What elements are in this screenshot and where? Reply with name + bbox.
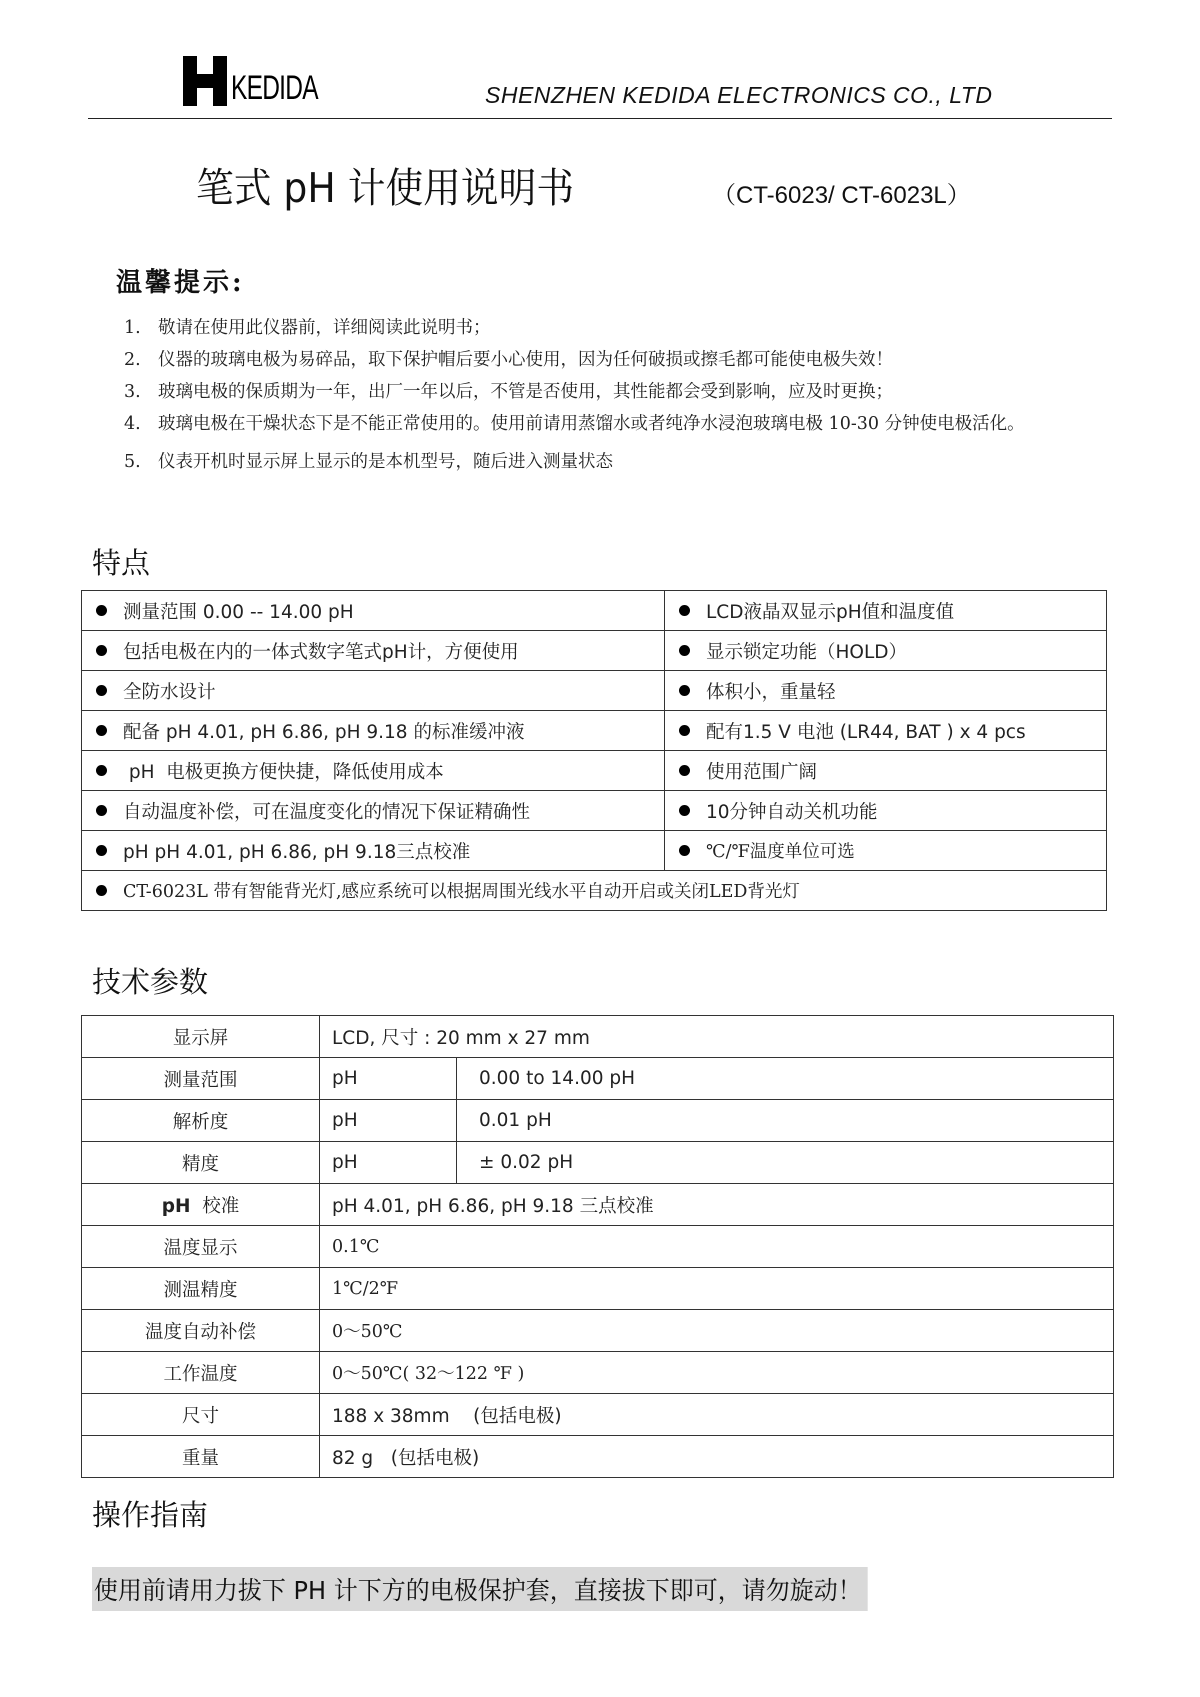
bullet-icon <box>679 685 690 696</box>
table-row: 重量 82 g (包括电极) <box>82 1436 1114 1478</box>
table-row: pH pH 4.01, pH 6.86, pH 9.18三点校准 ℃/℉温度单位… <box>82 831 1107 871</box>
spec-unit: pH <box>320 1100 457 1142</box>
spec-label: 温度显示 <box>82 1226 320 1268</box>
features-table: 测量范围 0.00 -- 14.00 pH LCD液晶双显示pH值和温度值 包括… <box>81 590 1107 911</box>
tip-item: 5. 仪表开机时显示屏上显示的是本机型号，随后进入测量状态 <box>124 446 1114 478</box>
table-row: 工作温度 0～50℃( 32～122 ℉ ) <box>82 1352 1114 1394</box>
tip-text: 玻璃电极的保质期为一年，出厂一年以后，不管是否使用，其性能都会受到影响，应及时更… <box>158 382 893 402</box>
bullet-icon <box>96 725 107 736</box>
tip-item: 1. 敬请在使用此仪器前，详细阅读此说明书； <box>124 312 1114 344</box>
bullet-icon <box>96 765 107 776</box>
feature-cell: 10分钟自动关机功能 <box>665 791 1107 831</box>
table-row: 包括电极在内的一体式数字笔式pH计，方便使用 显示锁定功能（HOLD） <box>82 631 1107 671</box>
tip-item: 4. 玻璃电极在干燥状态下是不能正常使用的。使用前请用蒸馏水或者纯净水浸泡玻璃电… <box>124 408 1114 440</box>
spec-label: 解析度 <box>82 1100 320 1142</box>
feature-text: 测量范围 0.00 -- 14.00 pH <box>123 602 354 623</box>
feature-cell: 包括电极在内的一体式数字笔式pH计，方便使用 <box>82 631 665 671</box>
spec-label-bold: pH <box>162 1196 191 1217</box>
feature-text: 体积小，重量轻 <box>706 682 836 703</box>
features-heading: 特点 <box>92 541 150 582</box>
bullet-icon <box>679 605 690 616</box>
table-row: 测量范围 pH 0.00 to 14.00 pH <box>82 1058 1114 1100</box>
bullet-icon <box>96 605 107 616</box>
feature-cell: 显示锁定功能（HOLD） <box>665 631 1107 671</box>
feature-text: 全防水设计 <box>123 682 216 703</box>
feature-cell: 体积小，重量轻 <box>665 671 1107 711</box>
spec-label: 显示屏 <box>82 1016 320 1058</box>
spec-value: 82 g (包括电极) <box>320 1436 1114 1478</box>
table-row: 测温精度 1℃/2℉ <box>82 1268 1114 1310</box>
feature-cell: 测量范围 0.00 -- 14.00 pH <box>82 591 665 631</box>
spec-label: 精度 <box>82 1142 320 1184</box>
spec-value: 0.00 to 14.00 pH <box>457 1058 1114 1100</box>
feature-text: 显示锁定功能（HOLD） <box>706 642 907 663</box>
table-row: pH 校准 pH 4.01, pH 6.86, pH 9.18 三点校准 <box>82 1184 1114 1226</box>
tip-number: 5. <box>124 446 141 478</box>
bullet-icon <box>96 845 107 856</box>
bullet-icon <box>679 765 690 776</box>
tips-heading: 温馨提示: <box>116 262 245 299</box>
feature-cell: 自动温度补偿，可在温度变化的情况下保证精确性 <box>82 791 665 831</box>
feature-text: 10分钟自动关机功能 <box>706 802 878 823</box>
spec-value: 188 x 38mm (包括电极) <box>320 1394 1114 1436</box>
spec-value: 0.1℃ <box>320 1226 1114 1268</box>
spec-unit: pH <box>320 1058 457 1100</box>
feature-text: pH pH 4.01, pH 6.86, pH 9.18三点校准 <box>123 842 470 863</box>
spec-value: LCD, 尺寸 : 20 mm x 27 mm <box>320 1016 1114 1058</box>
feature-text: pH 电极更换方便快捷，降低使用成本 <box>123 762 444 783</box>
feature-text: 配备 pH 4.01, pH 6.86, pH 9.18 的标准缓冲液 <box>123 722 524 743</box>
feature-cell: 使用范围广阔 <box>665 751 1107 791</box>
spec-value: 0～50℃ <box>320 1310 1114 1352</box>
logo-wordmark: KEDIDA <box>231 70 318 106</box>
feature-text: ℃/℉温度单位可选 <box>706 842 855 862</box>
table-row: 精度 pH ± 0.02 pH <box>82 1142 1114 1184</box>
table-row: 全防水设计 体积小，重量轻 <box>82 671 1107 711</box>
spec-label: 测温精度 <box>82 1268 320 1310</box>
table-row: CT-6023L 带有智能背光灯,感应系统可以根据周围光线水平自动开启或关闭LE… <box>82 871 1107 911</box>
kedida-k-logo-icon <box>183 56 227 106</box>
feature-cell: 配有1.5 V 电池 (LR44, BAT ) x 4 pcs <box>665 711 1107 751</box>
tip-text: 仪表开机时显示屏上显示的是本机型号，随后进入测量状态 <box>158 452 613 472</box>
bullet-icon <box>96 805 107 816</box>
feature-cell: 全防水设计 <box>82 671 665 711</box>
operation-heading: 操作指南 <box>92 1493 208 1534</box>
spec-label: 重量 <box>82 1436 320 1478</box>
spec-value: 0～50℃( 32～122 ℉ ) <box>320 1352 1114 1394</box>
table-row: 温度显示 0.1℃ <box>82 1226 1114 1268</box>
tip-text: 玻璃电极在干燥状态下是不能正常使用的。使用前请用蒸馏水或者纯净水浸泡玻璃电极 1… <box>158 414 1025 434</box>
bullet-icon <box>679 645 690 656</box>
bullet-icon <box>679 845 690 856</box>
spec-label: 测量范围 <box>82 1058 320 1100</box>
feature-cell: LCD液晶双显示pH值和温度值 <box>665 591 1107 631</box>
bullet-icon <box>96 885 107 896</box>
table-row: 配备 pH 4.01, pH 6.86, pH 9.18 的标准缓冲液 配有1.… <box>82 711 1107 751</box>
tip-text: 敬请在使用此仪器前，详细阅读此说明书； <box>158 318 491 338</box>
specs-table: 显示屏 LCD, 尺寸 : 20 mm x 27 mm 测量范围 pH 0.00… <box>81 1015 1114 1478</box>
company-logo: KEDIDA <box>183 52 348 108</box>
feature-text: LCD液晶双显示pH值和温度值 <box>706 602 954 623</box>
tip-item: 2. 仪器的玻璃电极为易碎品，取下保护帽后要小心使用，因为任何破损或擦毛都可能使… <box>124 344 1114 376</box>
feature-cell-full: CT-6023L 带有智能背光灯,感应系统可以根据周围光线水平自动开启或关闭LE… <box>82 871 1107 911</box>
tip-number: 2. <box>124 344 141 376</box>
spec-label-text: 校准 <box>202 1196 239 1217</box>
table-row: 尺寸 188 x 38mm (包括电极) <box>82 1394 1114 1436</box>
tip-text: 仪器的玻璃电极为易碎品，取下保护帽后要小心使用，因为任何破损或擦毛都可能使电极失… <box>158 350 893 370</box>
feature-text: 包括电极在内的一体式数字笔式pH计，方便使用 <box>123 642 519 663</box>
feature-text: 自动温度补偿，可在温度变化的情况下保证精确性 <box>123 802 530 823</box>
bullet-icon <box>679 805 690 816</box>
tip-number: 4. <box>124 408 141 440</box>
bullet-icon <box>96 685 107 696</box>
table-row: pH 电极更换方便快捷，降低使用成本 使用范围广阔 <box>82 751 1107 791</box>
spec-unit: pH <box>320 1142 457 1184</box>
tip-number: 1. <box>124 312 141 344</box>
table-row: 测量范围 0.00 -- 14.00 pH LCD液晶双显示pH值和温度值 <box>82 591 1107 631</box>
tip-item: 3. 玻璃电极的保质期为一年，出厂一年以后，不管是否使用，其性能都会受到影响，应… <box>124 376 1114 408</box>
table-row: 自动温度补偿，可在温度变化的情况下保证精确性 10分钟自动关机功能 <box>82 791 1107 831</box>
feature-cell: 配备 pH 4.01, pH 6.86, pH 9.18 的标准缓冲液 <box>82 711 665 751</box>
spec-label: 工作温度 <box>82 1352 320 1394</box>
feature-cell: ℃/℉温度单位可选 <box>665 831 1107 871</box>
company-name: SHENZHEN KEDIDA ELECTRONICS CO., LTD <box>485 82 992 109</box>
tips-list: 1. 敬请在使用此仪器前，详细阅读此说明书； 2. 仪器的玻璃电极为易碎品，取下… <box>124 312 1114 478</box>
specs-heading: 技术参数 <box>92 960 208 1001</box>
bullet-icon <box>679 725 690 736</box>
feature-text: 使用范围广阔 <box>706 762 817 783</box>
table-row: 显示屏 LCD, 尺寸 : 20 mm x 27 mm <box>82 1016 1114 1058</box>
spec-value: pH 4.01, pH 6.86, pH 9.18 三点校准 <box>320 1184 1114 1226</box>
feature-text: CT-6023L 带有智能背光灯,感应系统可以根据周围光线水平自动开启或关闭LE… <box>123 882 800 902</box>
header-divider <box>88 118 1112 119</box>
document-title: 笔式 pH 计使用说明书 <box>196 155 574 214</box>
tip-number: 3. <box>124 376 141 408</box>
model-number: （CT-6023/ CT-6023L） <box>712 175 971 210</box>
spec-value: 0.01 pH <box>457 1100 1114 1142</box>
spec-value: ± 0.02 pH <box>457 1142 1114 1184</box>
spec-label: 尺寸 <box>82 1394 320 1436</box>
feature-text: 配有1.5 V 电池 (LR44, BAT ) x 4 pcs <box>706 722 1026 743</box>
spec-value: 1℃/2℉ <box>320 1268 1114 1310</box>
bullet-icon <box>96 645 107 656</box>
spec-label: pH 校准 <box>82 1184 320 1226</box>
table-row: 温度自动补偿 0～50℃ <box>82 1310 1114 1352</box>
table-row: 解析度 pH 0.01 pH <box>82 1100 1114 1142</box>
feature-cell: pH 电极更换方便快捷，降低使用成本 <box>82 751 665 791</box>
operation-notice: 使用前请用力拔下 PH 计下方的电极保护套，直接拔下即可，请勿旋动！ <box>92 1567 867 1611</box>
spec-label: 温度自动补偿 <box>82 1310 320 1352</box>
feature-cell: pH pH 4.01, pH 6.86, pH 9.18三点校准 <box>82 831 665 871</box>
